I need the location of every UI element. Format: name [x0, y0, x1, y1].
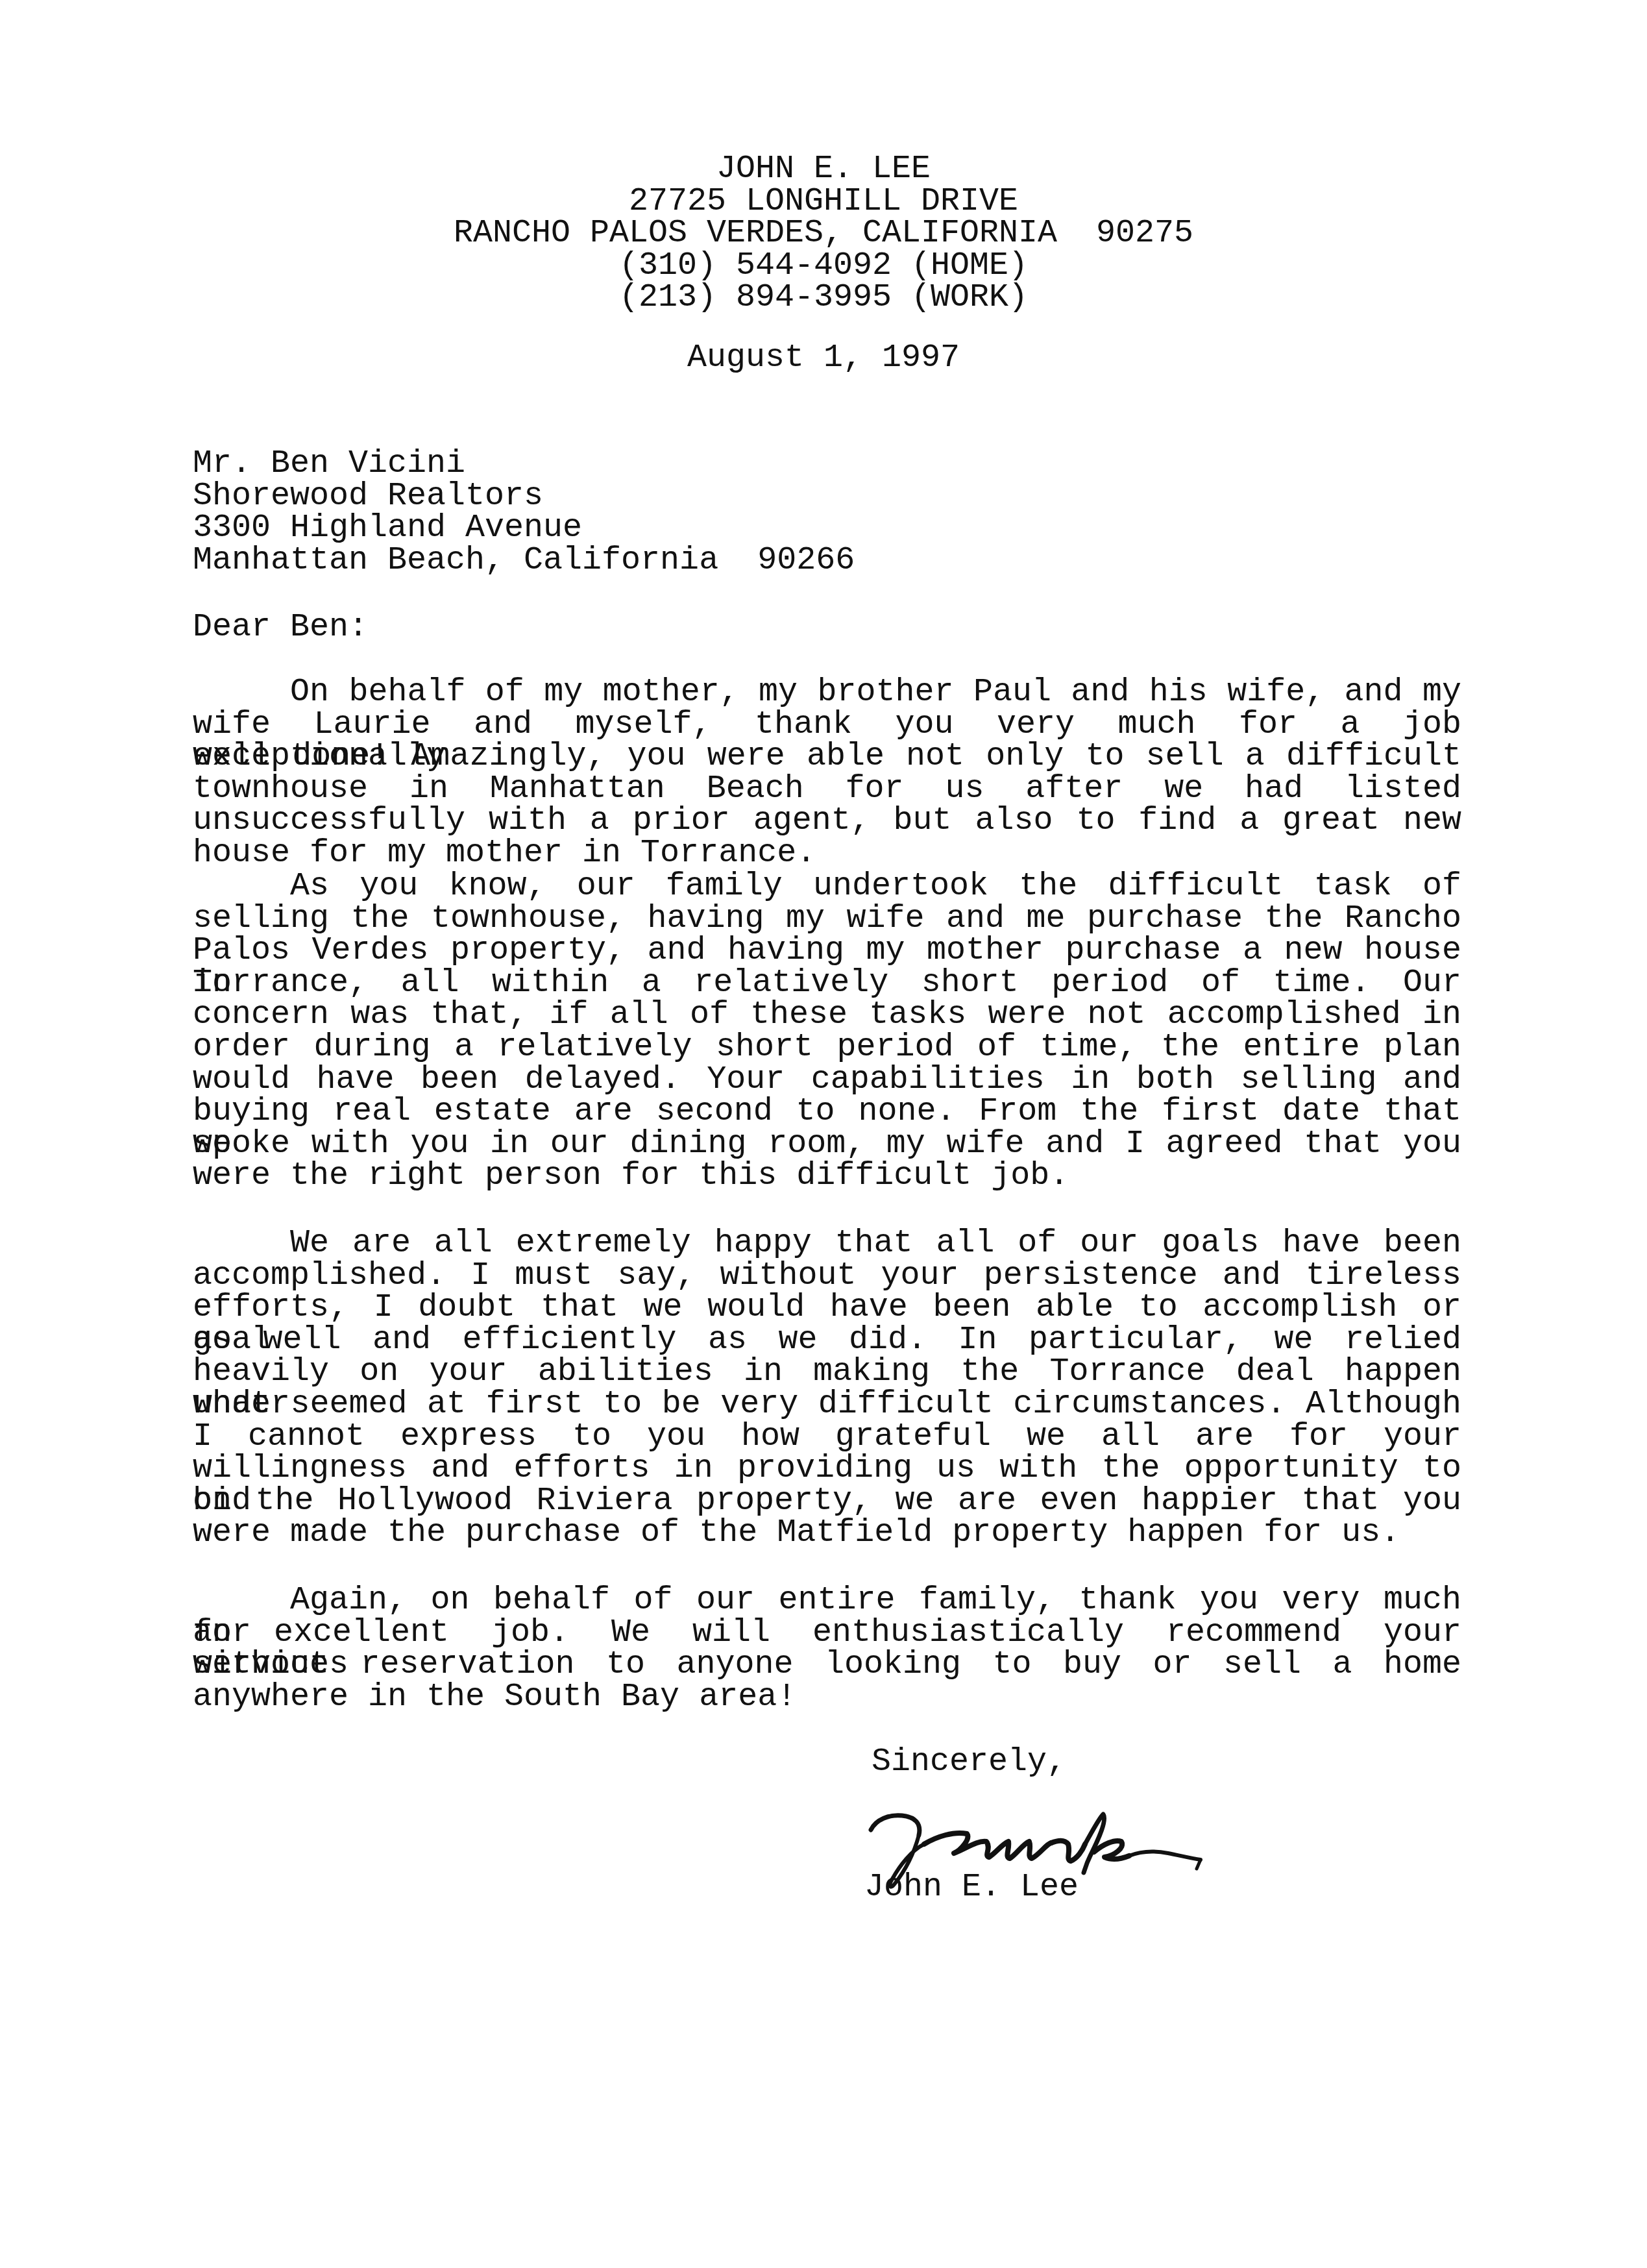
paragraph-line: were the right person for this difficult…: [193, 1160, 1461, 1192]
paragraph-line: order during a relatively short period o…: [193, 1031, 1461, 1064]
recipient-address: Mr. Ben Vicini Shorewood Realtors 3300 H…: [193, 448, 855, 576]
letterhead-street: 27725 LONGHILL DRIVE: [0, 186, 1647, 218]
body-paragraph-3: We are all extremely happy that all of o…: [193, 1227, 1461, 1549]
paragraph-line: house for my mother in Torrance.: [193, 837, 1461, 870]
paragraph-line: I cannot express to you how grateful we …: [193, 1421, 1461, 1453]
closing: Sincerely,: [872, 1746, 1066, 1779]
paragraph-line: On behalf of my mother, my brother Paul …: [193, 676, 1461, 709]
recipient-street: 3300 Highland Avenue: [193, 512, 855, 545]
paragraph-line: willingness and efforts in providing us …: [193, 1453, 1461, 1485]
recipient-company: Shorewood Realtors: [193, 480, 855, 513]
paragraph-line: heavily on your abilities in making the …: [193, 1356, 1461, 1388]
paragraph-line: anywhere in the South Bay area!: [193, 1681, 1461, 1714]
letterhead-home-phone: (310) 544-4092 (HOME): [0, 250, 1647, 282]
paragraph-line: wife Laurie and myself, thank you very m…: [193, 709, 1461, 741]
paragraph-line: Palos Verdes property, and having my mot…: [193, 935, 1461, 967]
letterhead-city: RANCHO PALOS VERDES, CALIFORNIA 90275: [0, 217, 1647, 250]
paragraph-line: buying real estate are second to none. F…: [193, 1096, 1461, 1128]
paragraph-line: concern was that, if all of these tasks …: [193, 999, 1461, 1031]
body-paragraph-1: On behalf of my mother, my brother Paul …: [193, 676, 1461, 870]
body-paragraph-2: As you know, our family undertook the di…: [193, 870, 1461, 1192]
paragraph-line: Again, on behalf of our entire family, t…: [193, 1584, 1461, 1617]
paragraph-line: as well and efficiently as we did. In pa…: [193, 1324, 1461, 1357]
paragraph-line: spoke with you in our dining room, my wi…: [193, 1128, 1461, 1161]
paragraph-line: accomplished. I must say, without your p…: [193, 1260, 1461, 1292]
paragraph-line: Torrance, all within a relatively short …: [193, 967, 1461, 1000]
letter-date: August 1, 1997: [0, 342, 1647, 375]
paragraph-line: would have been delayed. Your capabiliti…: [193, 1064, 1461, 1096]
paragraph-line: what seemed at first to be very difficul…: [193, 1388, 1461, 1421]
letterhead-work-phone: (213) 894-3995 (WORK): [0, 282, 1647, 314]
letterhead: JOHN E. LEE 27725 LONGHILL DRIVE RANCHO …: [0, 153, 1647, 314]
paragraph-line: well done! Amazingly, you were able not …: [193, 741, 1461, 773]
paragraph-line: We are all extremely happy that all of o…: [193, 1227, 1461, 1260]
letter-page: JOHN E. LEE 27725 LONGHILL DRIVE RANCHO …: [0, 0, 1647, 2268]
body-paragraph-4: Again, on behalf of our entire family, t…: [193, 1584, 1461, 1713]
salutation: Dear Ben:: [193, 611, 368, 644]
paragraph-line: unsuccessfully with a prior agent, but a…: [193, 805, 1461, 837]
signer-name: John E. Lee: [864, 1871, 1079, 1904]
recipient-name: Mr. Ben Vicini: [193, 448, 855, 480]
paragraph-line: efforts, I doubt that we would have been…: [193, 1292, 1461, 1324]
paragraph-line: were made the purchase of the Matfield p…: [193, 1517, 1461, 1549]
paragraph-line: without reservation to anyone looking to…: [193, 1649, 1461, 1681]
paragraph-line: As you know, our family undertook the di…: [193, 870, 1461, 903]
letterhead-name: JOHN E. LEE: [0, 153, 1647, 186]
paragraph-line: an excellent job. We will enthusiastical…: [193, 1617, 1461, 1649]
recipient-city: Manhattan Beach, California 90266: [193, 545, 855, 577]
paragraph-line: selling the townhouse, having my wife an…: [193, 903, 1461, 935]
paragraph-line: on the Hollywood Riviera property, we ar…: [193, 1485, 1461, 1518]
paragraph-line: townhouse in Manhattan Beach for us afte…: [193, 773, 1461, 806]
